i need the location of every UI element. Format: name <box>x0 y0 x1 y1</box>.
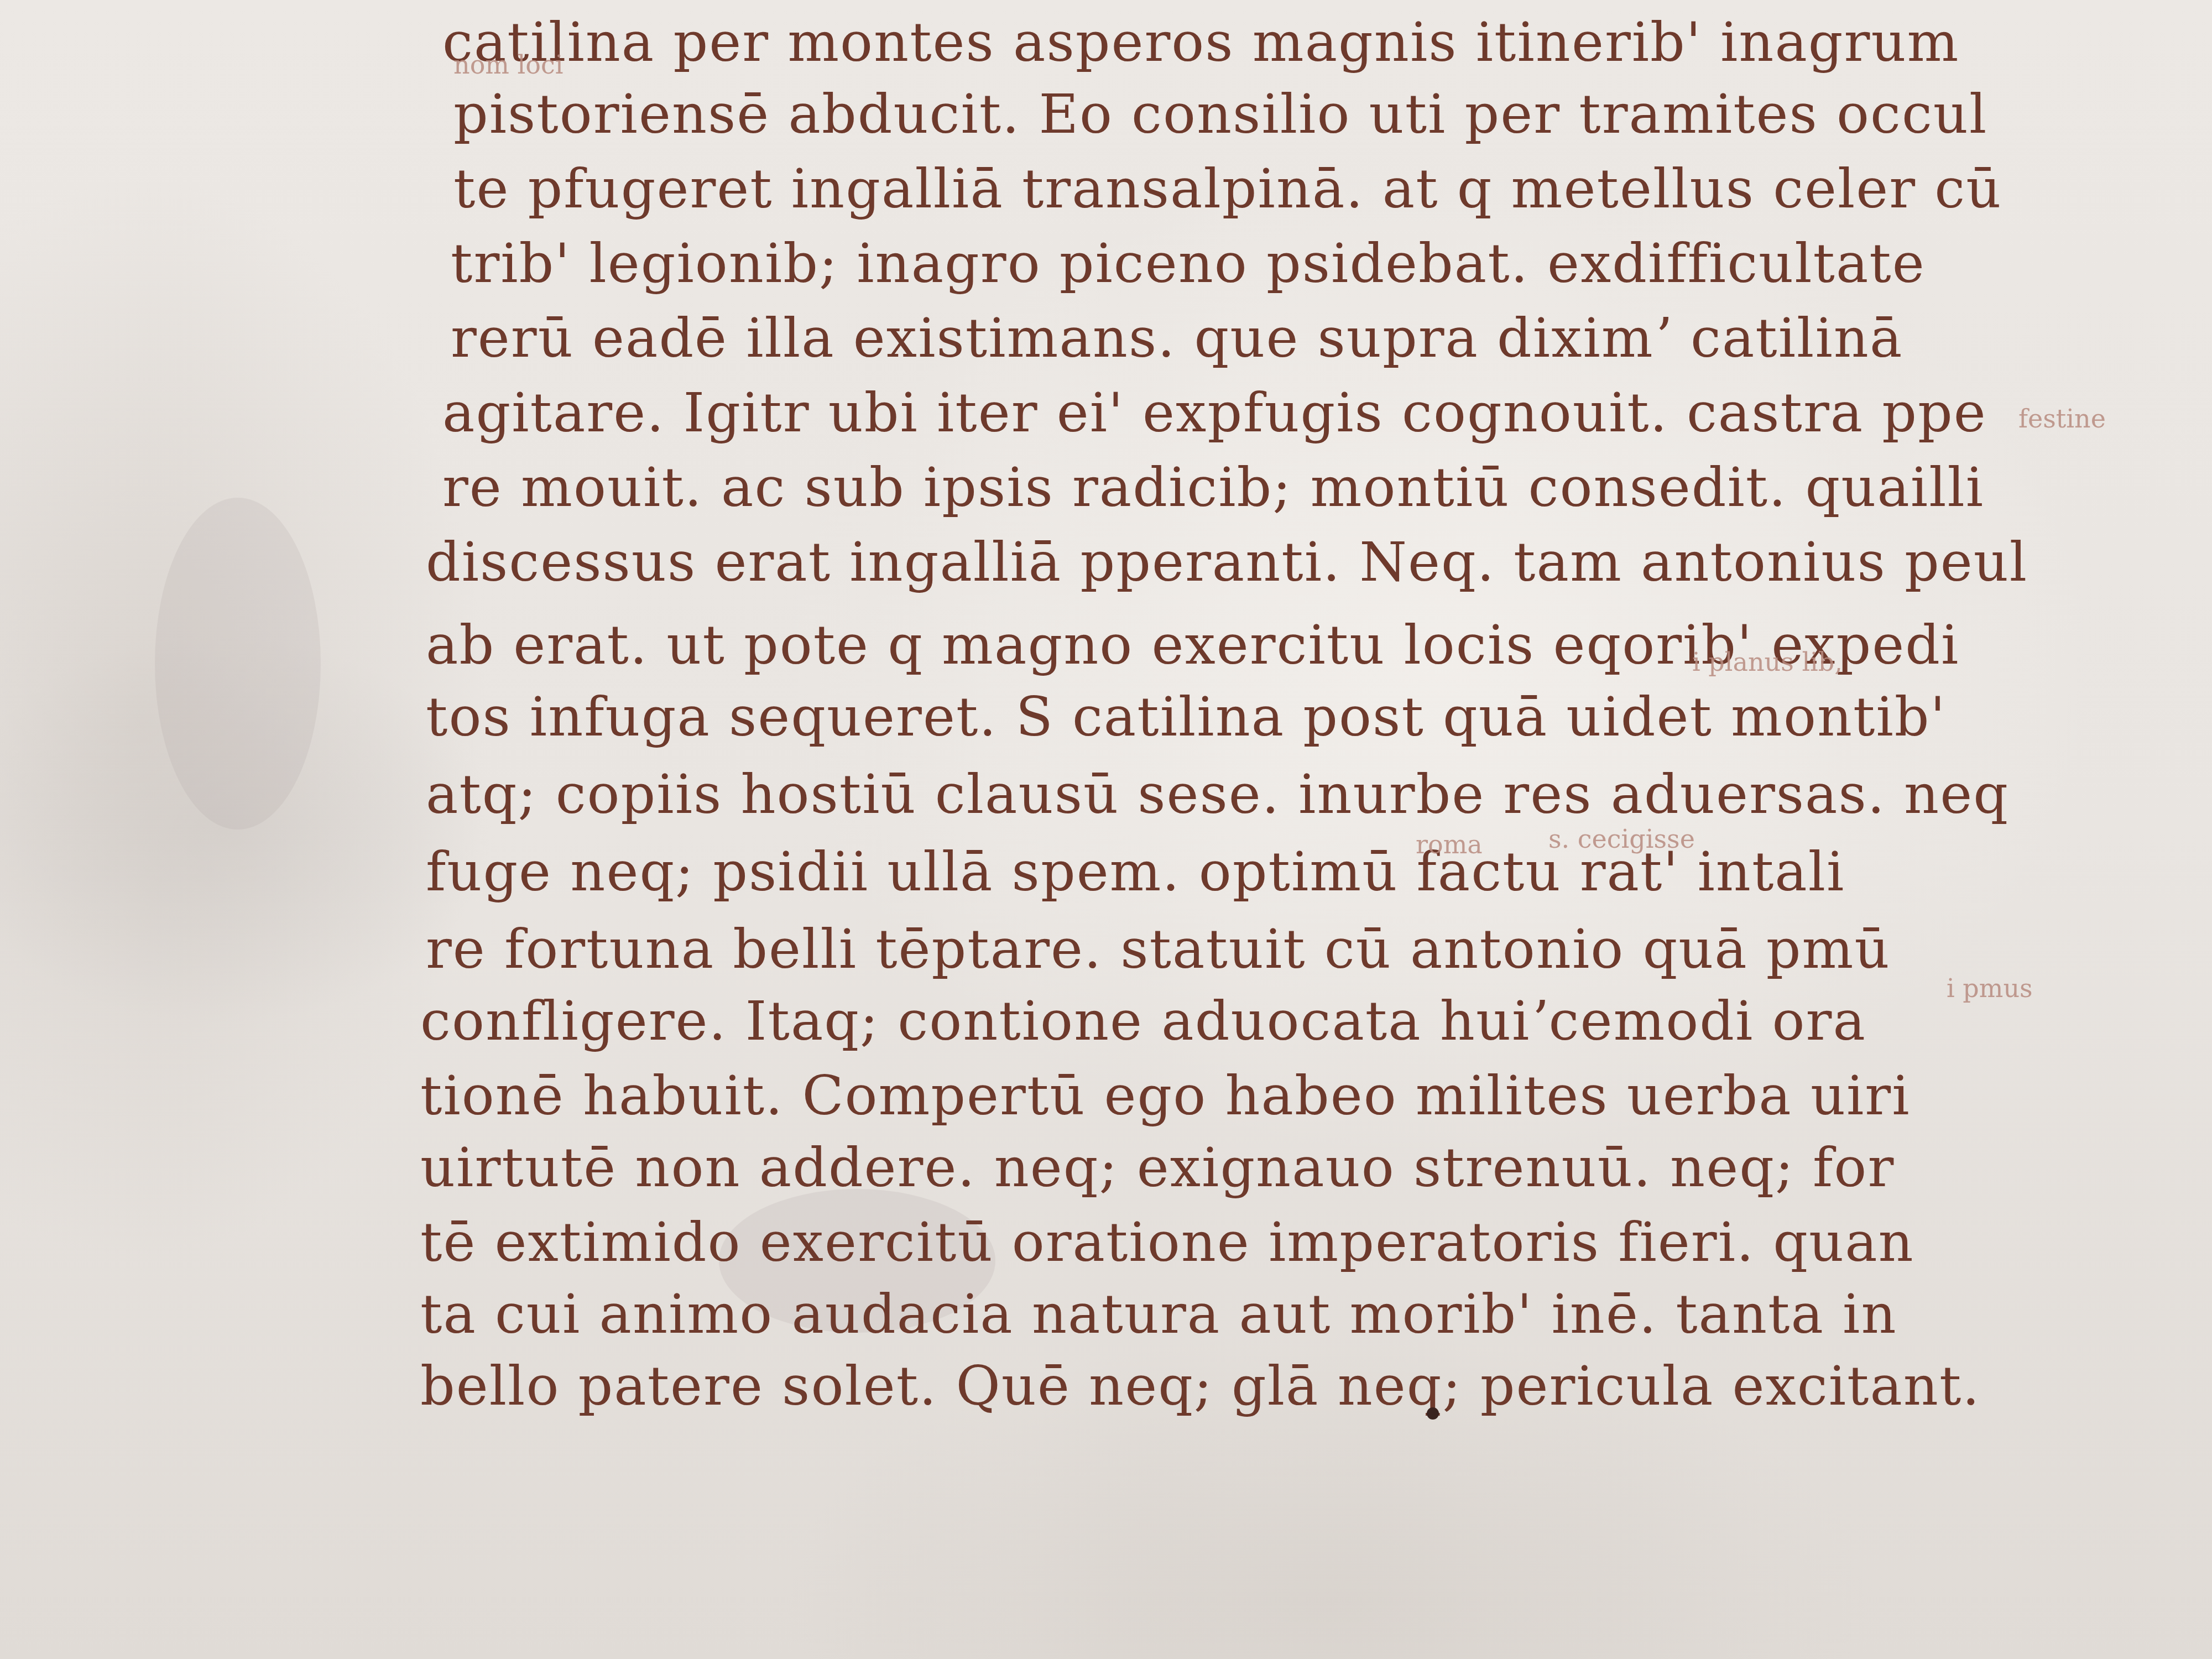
manuscript-line: rerū eadē illa existimans. que supra dix… <box>451 307 1903 370</box>
manuscript-line: re mouit. ac sub ipsis radicib; montiū c… <box>442 456 1984 519</box>
manuscript-line: discessus erat ingalliā pperanti. Neq. t… <box>426 531 2028 594</box>
interlinear-gloss: i pmus <box>1947 973 2033 1003</box>
manuscript-line: bello patere solet. Quē neq; glā neq; pe… <box>420 1355 1981 1418</box>
manuscript-line: atq; copiis hostiū clausū sese. inurbe r… <box>426 763 2009 826</box>
manuscript-line: catilina per montes asperos magnis itine… <box>442 11 1959 74</box>
parchment-stain <box>155 498 321 830</box>
manuscript-line: tos infuga sequeret. S catilina post quā… <box>426 686 1947 749</box>
manuscript-line: re fortuna belli tēptare. statuit cū ant… <box>426 918 1891 981</box>
manuscript-line: uirtutē non addere. neq; exignauo strenu… <box>420 1136 1895 1199</box>
interlinear-gloss: s. cecigisse <box>1548 824 1695 854</box>
interlinear-gloss: roma <box>1416 830 1483 859</box>
manuscript-line: tē extimido exercitū oratione imperatori… <box>420 1211 1914 1274</box>
manuscript-line: pistoriensē abducit. Eo consilio uti per… <box>453 83 1987 146</box>
manuscript-line: confligere. Itaq; contione aduocata huiʼ… <box>420 990 1866 1053</box>
margin-gloss: festine <box>2018 404 2106 434</box>
interlinear-gloss: i planus lib, <box>1692 647 1843 677</box>
ink-blot <box>1427 1407 1439 1420</box>
manuscript-line: ta cui animo audacia natura aut morib' i… <box>420 1283 1897 1346</box>
manuscript-line: trib' legionib; inagro piceno psidebat. … <box>451 232 1926 295</box>
manuscript-line: te pfugeret ingalliā transalpinā. at q m… <box>453 158 2002 221</box>
manuscript-line: agitare. Igitr ubi iter ei' expfugis cog… <box>442 382 1987 445</box>
interlinear-gloss: nom loci <box>453 50 563 80</box>
manuscript-line: tionē habuit. Compertū ego habeo milites… <box>420 1065 1911 1128</box>
